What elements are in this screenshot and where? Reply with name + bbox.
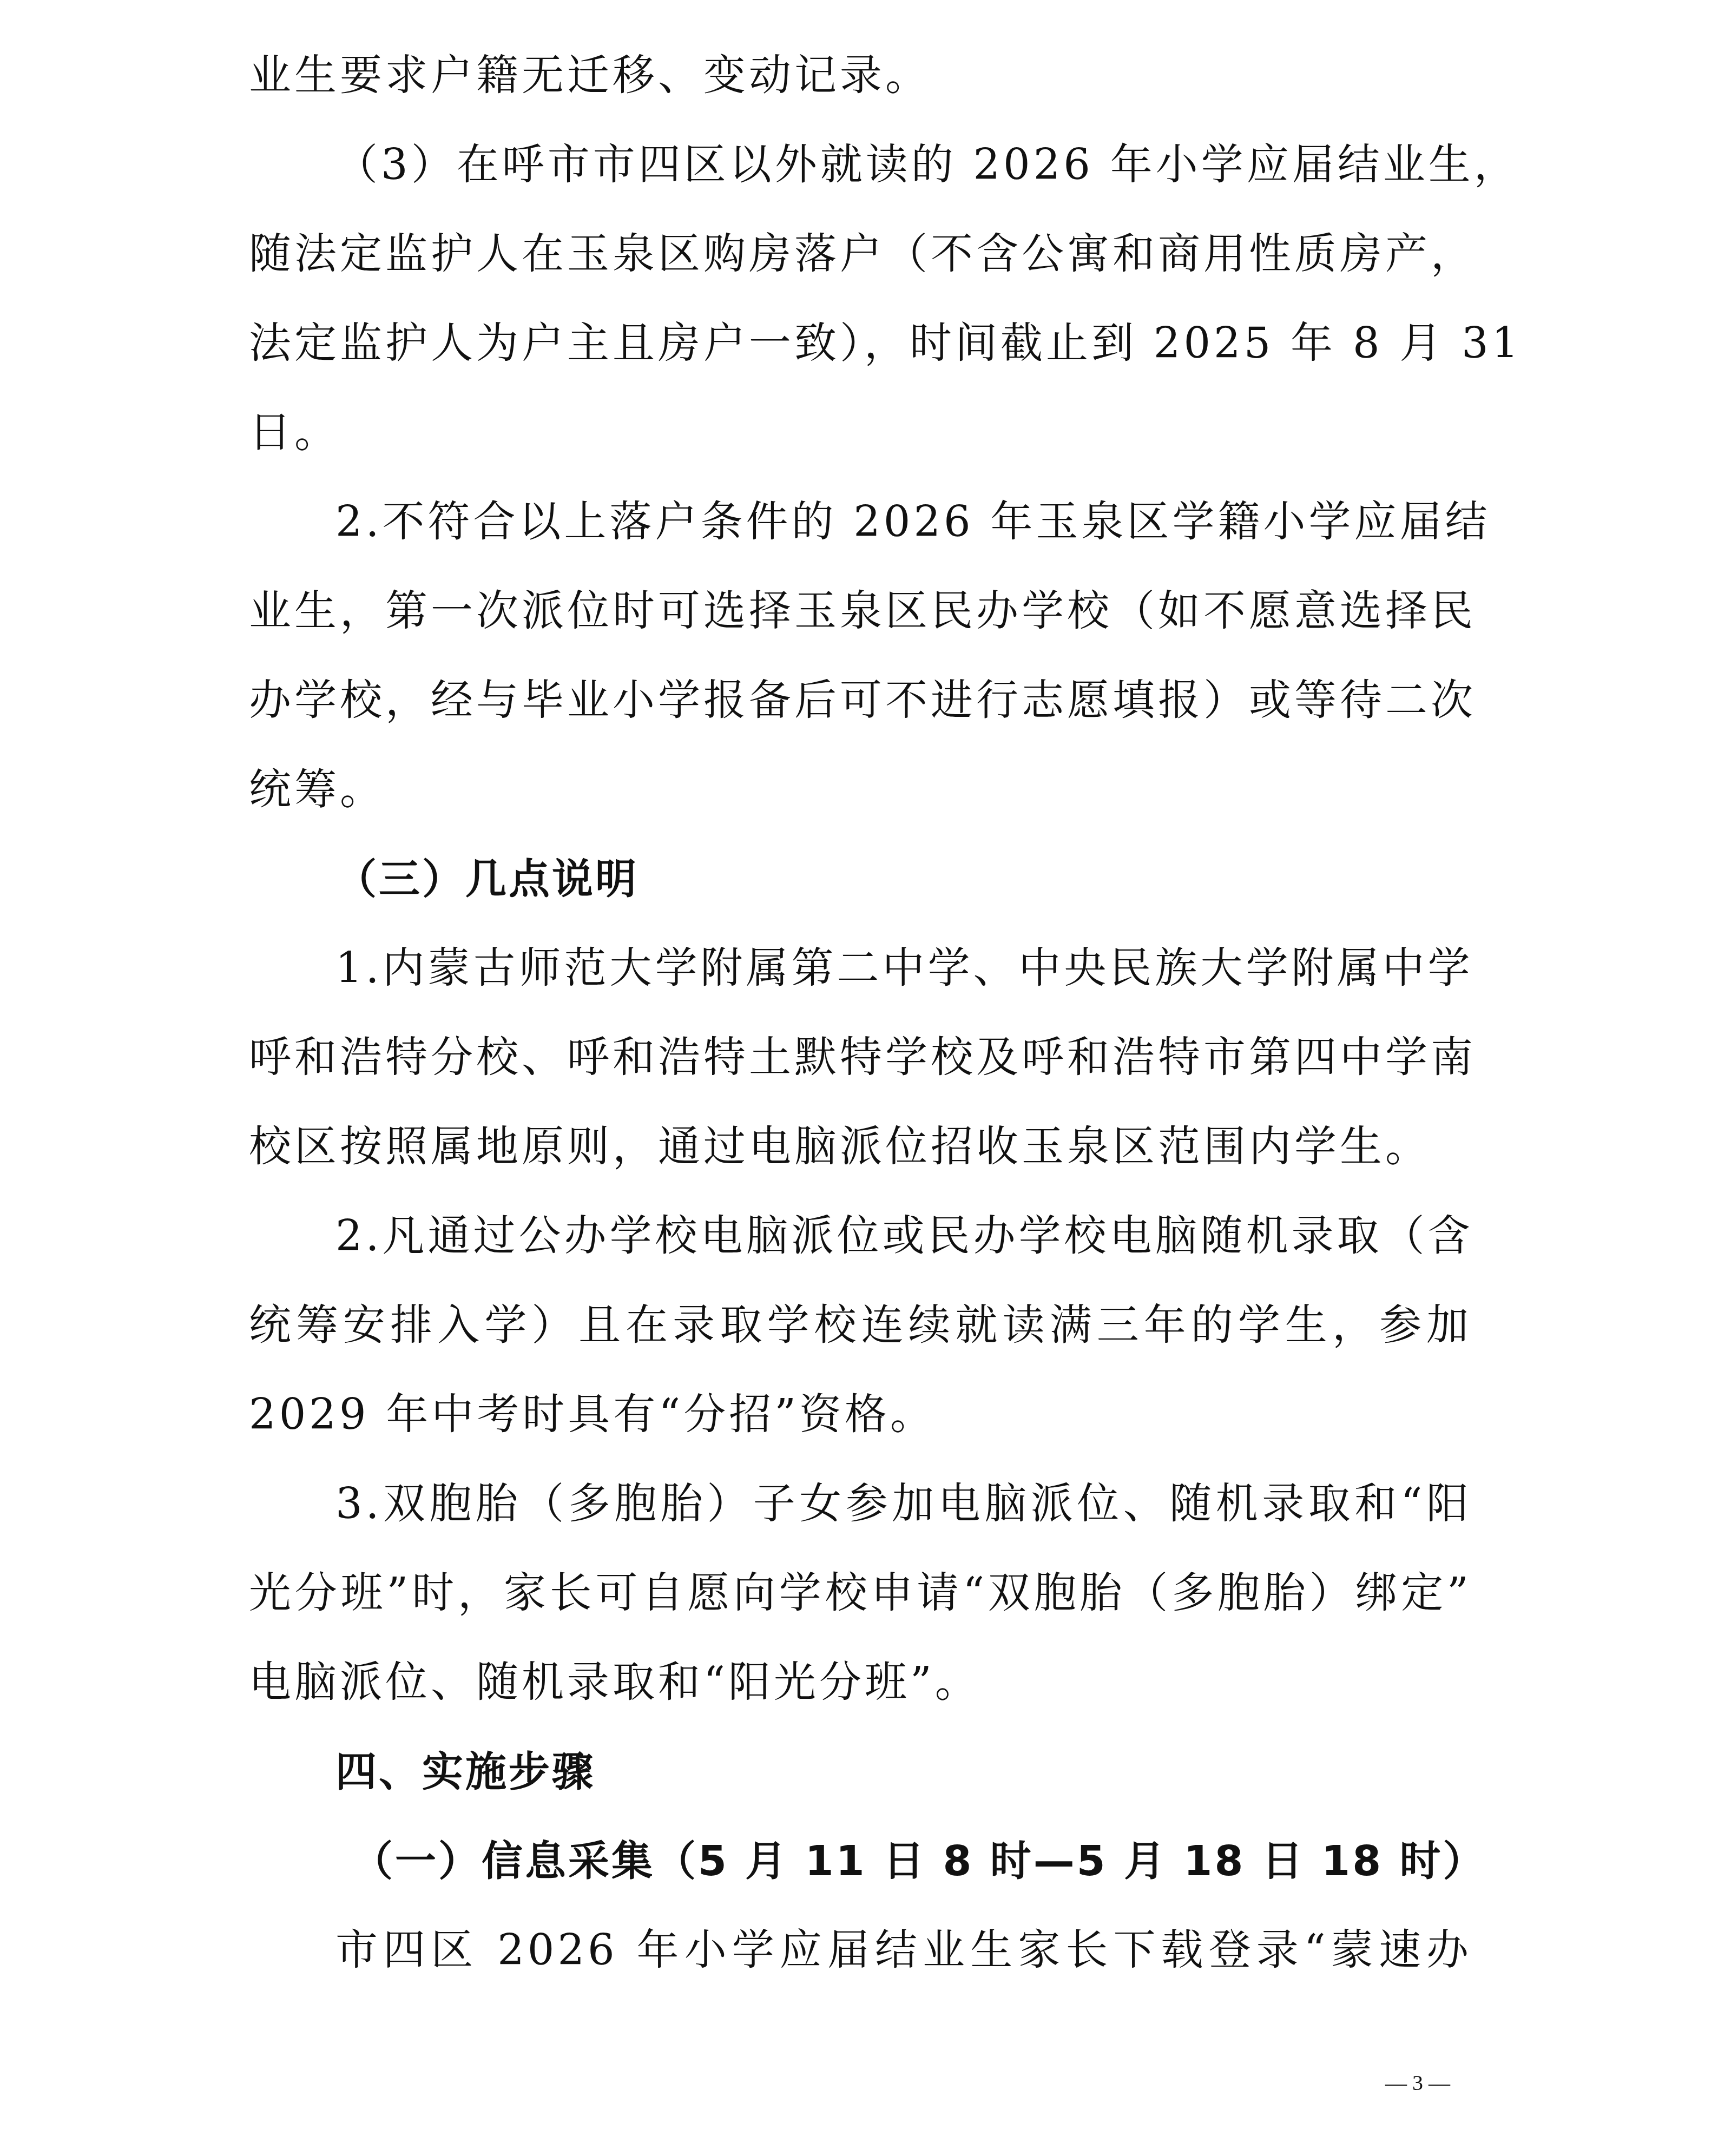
paragraph-line: 校区按照属地原则，通过电脑派位招收玉泉区范围内学生。 [249, 1115, 1472, 1179]
paragraph-line: 光分班”时，家长可自愿向学校申请“双胞胎（多胞胎）绑定” [249, 1561, 1472, 1626]
paragraph-line: 日。 [249, 400, 1472, 465]
paragraph-line: 业生，第一次派位时可选择玉泉区民办学校（如不愿意选择民 [249, 579, 1472, 644]
document-page: 业生要求户籍无迁移、变动记录。 （3）在呼市市四区以外就读的 2026 年小学应… [0, 0, 1718, 2156]
paragraph-line: 2029 年中考时具有“分招”资格。 [249, 1382, 1472, 1447]
paragraph-line: 市四区 2026 年小学应届结业生家长下载登录“蒙速办 [335, 1918, 1472, 1983]
paragraph-line: 2.凡通过公办学校电脑派位或民办学校电脑随机录取（含 [335, 1204, 1472, 1269]
page-number: — 3 — [1385, 2067, 1450, 2099]
paragraph-line: 办学校，经与毕业小学报备后可不进行志愿填报）或等待二次 [249, 668, 1472, 733]
paragraph-line: 统筹。 [249, 757, 1472, 822]
paragraph-line: 2.不符合以上落户条件的 2026 年玉泉区学籍小学应届结 [335, 490, 1472, 555]
paragraph-line: 1.内蒙古师范大学附属第二中学、中央民族大学附属中学 [335, 936, 1472, 1001]
paragraph-line: 3.双胞胎（多胞胎）子女参加电脑派位、随机录取和“阳 [335, 1472, 1472, 1537]
paragraph-line: 随法定监护人在玉泉区购房落户（不含公寓和商用性质房产， [249, 222, 1472, 287]
paragraph-line: 统筹安排入学）且在录取学校连续就读满三年的学生，参加 [249, 1293, 1472, 1358]
section-heading: 四、实施步骤 [335, 1739, 1472, 1804]
section-heading: （三）几点说明 [335, 847, 1472, 912]
subsection-heading: （一）信息采集（5 月 11 日 8 时—5 月 18 日 18 时） [352, 1829, 1575, 1894]
paragraph-line: （3）在呼市市四区以外就读的 2026 年小学应届结业生， [335, 133, 1472, 197]
paragraph-line: 电脑派位、随机录取和“阳光分班”。 [249, 1650, 1472, 1715]
paragraph-line: 呼和浩特分校、呼和浩特土默特学校及呼和浩特市第四中学南 [249, 1025, 1472, 1090]
paragraph-line: 业生要求户籍无迁移、变动记录。 [249, 43, 1472, 108]
paragraph-line: 法定监护人为户主且房户一致），时间截止到 2025 年 8 月 31 [249, 311, 1472, 376]
